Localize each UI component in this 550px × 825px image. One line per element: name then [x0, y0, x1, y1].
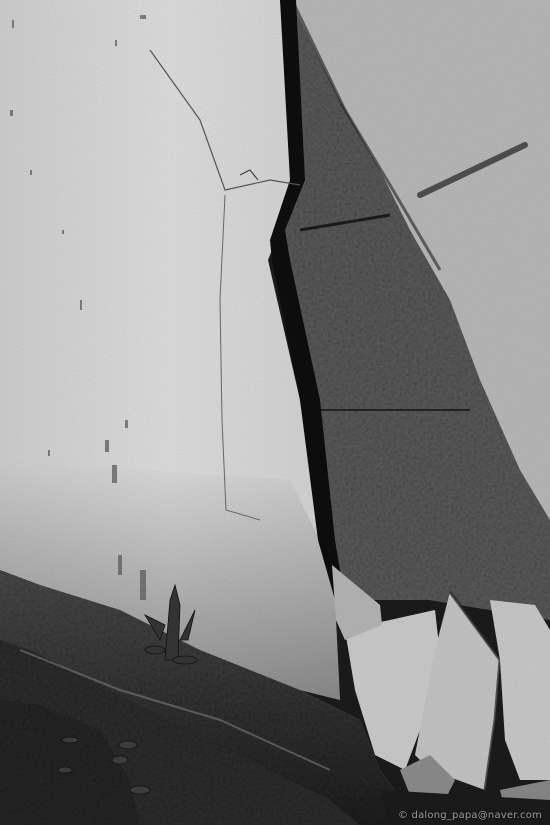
watermark: © dalong_papa@naver.com	[398, 810, 542, 821]
photograph	[0, 0, 550, 825]
